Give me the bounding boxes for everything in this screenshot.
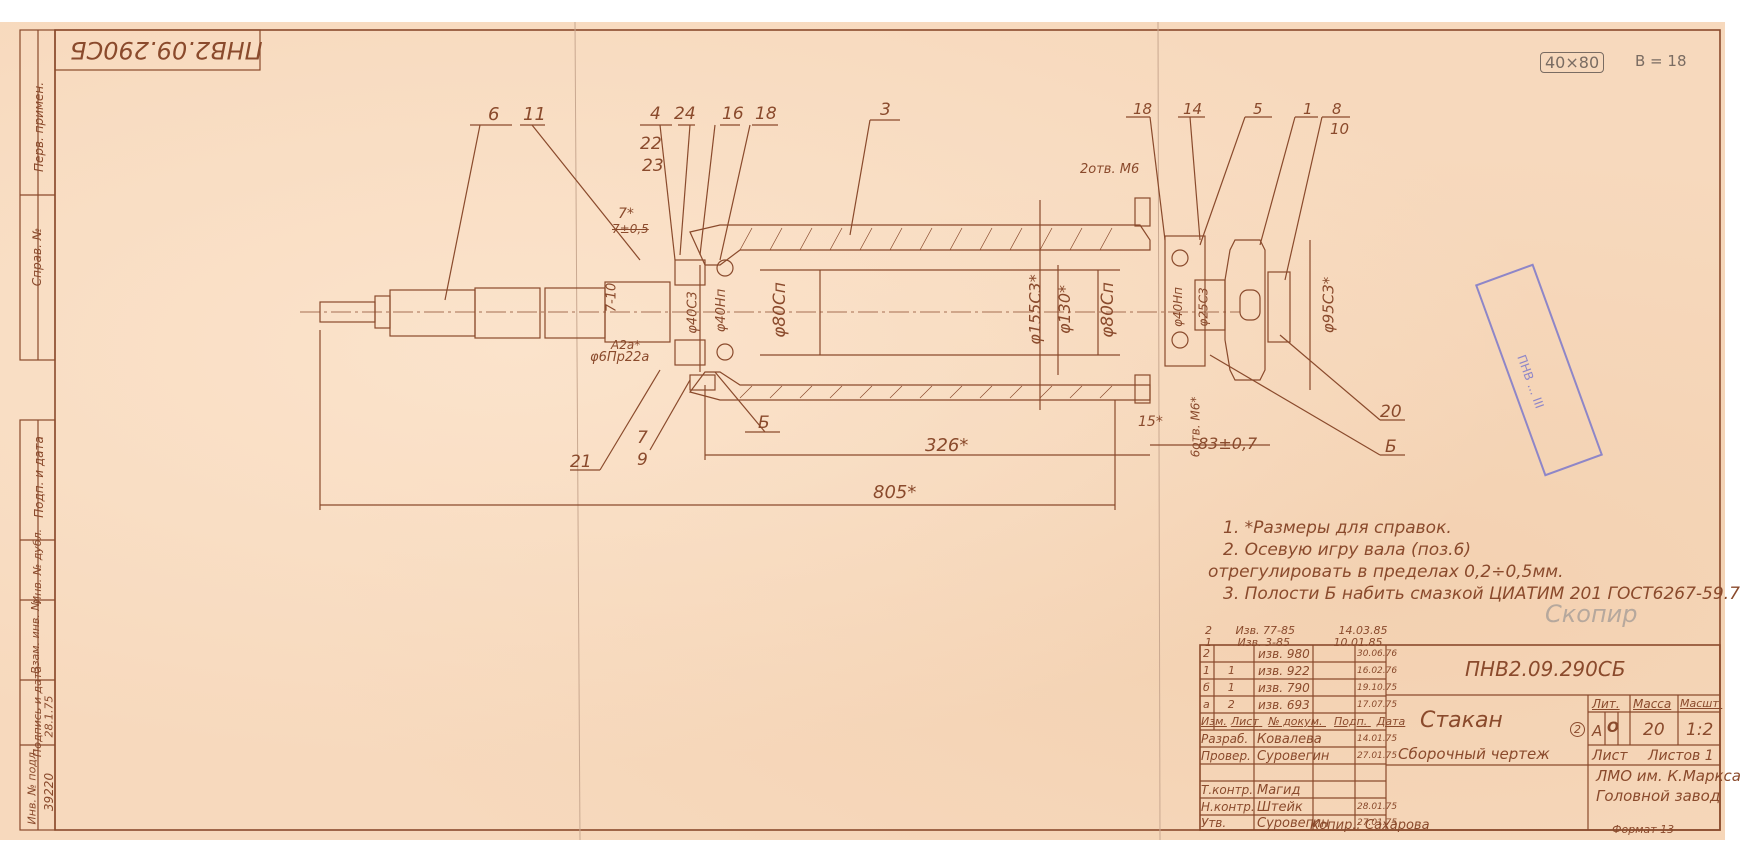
organization-line-1: ЛМО им. К.Маркса bbox=[1596, 767, 1740, 785]
technical-notes: 1. *Размеры для справок. 2. Осевую игру … bbox=[1208, 517, 1740, 605]
dim-805: 805* bbox=[873, 482, 916, 503]
note-3: 3. Полости Б набить смазкой ЦИАТИМ 201 Г… bbox=[1208, 583, 1740, 605]
document-subtitle: Сборочный чертеж bbox=[1398, 745, 1550, 763]
sig-role-approved: Утв. bbox=[1201, 816, 1226, 830]
callout-24: 24 bbox=[674, 104, 696, 124]
sig-name-norm-control: Штейк bbox=[1257, 800, 1303, 815]
dim-7-struck: 7±0,5 bbox=[612, 222, 649, 236]
lit-label: Лит. bbox=[1592, 697, 1620, 711]
mass-value: 20 bbox=[1643, 720, 1665, 740]
callout-18-left: 18 bbox=[755, 104, 777, 124]
side-label-dup-inv: Инв. № дубл. bbox=[31, 529, 44, 604]
rev-doc: изв. 790 bbox=[1258, 681, 1310, 695]
side-label-sign-date: Подп. и дата bbox=[32, 436, 46, 518]
sheets-label: Листов 1 bbox=[1648, 748, 1714, 764]
callout-7: 7 bbox=[637, 428, 648, 448]
stamp-text: ПНВ ... III bbox=[1514, 353, 1546, 410]
callout-4: 4 bbox=[650, 104, 661, 124]
callout-5: 5 bbox=[1253, 100, 1263, 118]
dim-d80-right: φ80Сп bbox=[1098, 282, 1118, 338]
callout-23: 23 bbox=[642, 156, 664, 176]
side-label-first-use: Перв. примен. bbox=[32, 82, 46, 172]
note-2: 2. Осевую игру вала (поз.6) bbox=[1208, 539, 1740, 561]
dim-holes-top: 2отв. М6 bbox=[1080, 162, 1139, 177]
callout-8: 8 bbox=[1332, 100, 1342, 118]
callout-18-right: 18 bbox=[1133, 100, 1152, 118]
sig-name-tech-control: Магид bbox=[1257, 783, 1300, 798]
dim-326: 326* bbox=[925, 435, 968, 456]
sig-name-checker: Суровегин bbox=[1257, 749, 1329, 764]
rev-row: 11 bbox=[1203, 664, 1235, 677]
side-label-orig-inv: Инв. № подл. bbox=[25, 749, 38, 825]
callout-16: 16 bbox=[722, 104, 744, 124]
sig-role-checker: Провер. bbox=[1201, 749, 1251, 763]
sheet-label: Лист bbox=[1592, 748, 1627, 764]
rev-date: 17.07.75 bbox=[1357, 700, 1397, 710]
callout-B-left: Б bbox=[758, 413, 770, 433]
callout-3: 3 bbox=[880, 100, 891, 120]
rev-doc: изв. 980 bbox=[1258, 647, 1310, 661]
scale-value: 1:2 bbox=[1686, 720, 1713, 740]
rev-date: 19.10.75 bbox=[1357, 683, 1397, 693]
note-1: 1. *Размеры для справок. bbox=[1208, 517, 1740, 539]
side-label-ref-no: Справ. № bbox=[30, 228, 44, 286]
rev-doc: изв. 693 bbox=[1258, 698, 1310, 712]
note-2-cont: отрегулировать в пределах 0,2÷0,5мм. bbox=[1208, 561, 1740, 583]
side-value-inv-no: 39220 bbox=[42, 773, 56, 811]
rev-row: а2 bbox=[1203, 698, 1235, 711]
callout-11: 11 bbox=[523, 104, 546, 125]
dim-83: 83±0,7 bbox=[1198, 434, 1257, 453]
callout-B-right: Б bbox=[1385, 437, 1397, 457]
top-designation-inverted: ПНВ2.09.290СБ bbox=[70, 36, 263, 64]
dim-7: 7* bbox=[618, 206, 634, 222]
dim-d25: φ25С3 bbox=[1197, 287, 1211, 326]
dim-15: 15* bbox=[1138, 414, 1163, 430]
dim-d130: φ130* bbox=[1055, 285, 1074, 334]
callout-9: 9 bbox=[637, 450, 648, 470]
sig-role-developer: Разраб. bbox=[1201, 732, 1248, 746]
pencil-b-note: B = 18 bbox=[1635, 52, 1686, 70]
rev-date: 16.02.76 bbox=[1357, 666, 1397, 676]
scale-label: Масшт. bbox=[1680, 697, 1722, 710]
callout-6: 6 bbox=[488, 104, 499, 125]
callout-14: 14 bbox=[1183, 100, 1202, 118]
sig-name-developer: Ковалева bbox=[1257, 732, 1322, 747]
dim-7-10: 7-10 bbox=[604, 283, 619, 313]
callout-21: 21 bbox=[570, 452, 592, 472]
callout-10: 10 bbox=[1330, 120, 1349, 138]
document-designation: ПНВ2.09.290СБ bbox=[1465, 657, 1626, 681]
rev-doc: изв. 922 bbox=[1258, 664, 1310, 678]
mass-label: Масса bbox=[1633, 697, 1671, 711]
dim-d40c3: φ40С3 bbox=[686, 291, 701, 333]
side-value-sign-date: 28.1.75 bbox=[43, 696, 56, 738]
dim-d40hn-right: φ40Нп bbox=[1171, 287, 1185, 327]
sig-role-norm-control: Н.контр. bbox=[1201, 800, 1255, 814]
dim-d6: φ6Пр22а bbox=[590, 350, 649, 365]
copied-by: Копир.: Сахарова bbox=[1310, 818, 1430, 833]
sig-role-tech-control: Т.контр. bbox=[1201, 783, 1253, 797]
format-label: Формат 13 bbox=[1612, 823, 1674, 836]
rev-date: 30.06.76 bbox=[1357, 649, 1397, 659]
dim-d95: φ95С3* bbox=[1319, 277, 1337, 334]
lit-value: А bbox=[1592, 722, 1602, 740]
sig-date-norm-control: 28.01.75 bbox=[1357, 802, 1397, 812]
circle-marker: 2 bbox=[1570, 722, 1585, 737]
pencil-box-note: 40×80 bbox=[1540, 52, 1604, 73]
dim-d40hn-left: φ40Нп bbox=[714, 289, 729, 332]
sig-date-developer: 14.01.75 bbox=[1357, 734, 1397, 744]
rev-row: 2 bbox=[1203, 647, 1210, 660]
organization-line-2: Головной завод bbox=[1596, 787, 1720, 805]
side-label-replace-inv: Взам. инв. № bbox=[29, 599, 42, 674]
dim-d80-left: φ80Сп bbox=[770, 282, 790, 338]
rev-date: 10.01.85 bbox=[1334, 636, 1383, 649]
lit-value-2: О bbox=[1607, 720, 1619, 736]
document-title: Стакан bbox=[1420, 708, 1503, 733]
rev-header: Изм.Лист № докум. Подп. Дата bbox=[1201, 715, 1405, 728]
dim-d155: φ155С3* bbox=[1026, 274, 1045, 344]
sig-date-checker: 27.01.75 bbox=[1357, 751, 1397, 761]
rev-row: б1 bbox=[1203, 681, 1235, 694]
callout-1: 1 bbox=[1303, 100, 1313, 118]
callout-22: 22 bbox=[640, 134, 662, 154]
callout-20: 20 bbox=[1380, 402, 1402, 422]
